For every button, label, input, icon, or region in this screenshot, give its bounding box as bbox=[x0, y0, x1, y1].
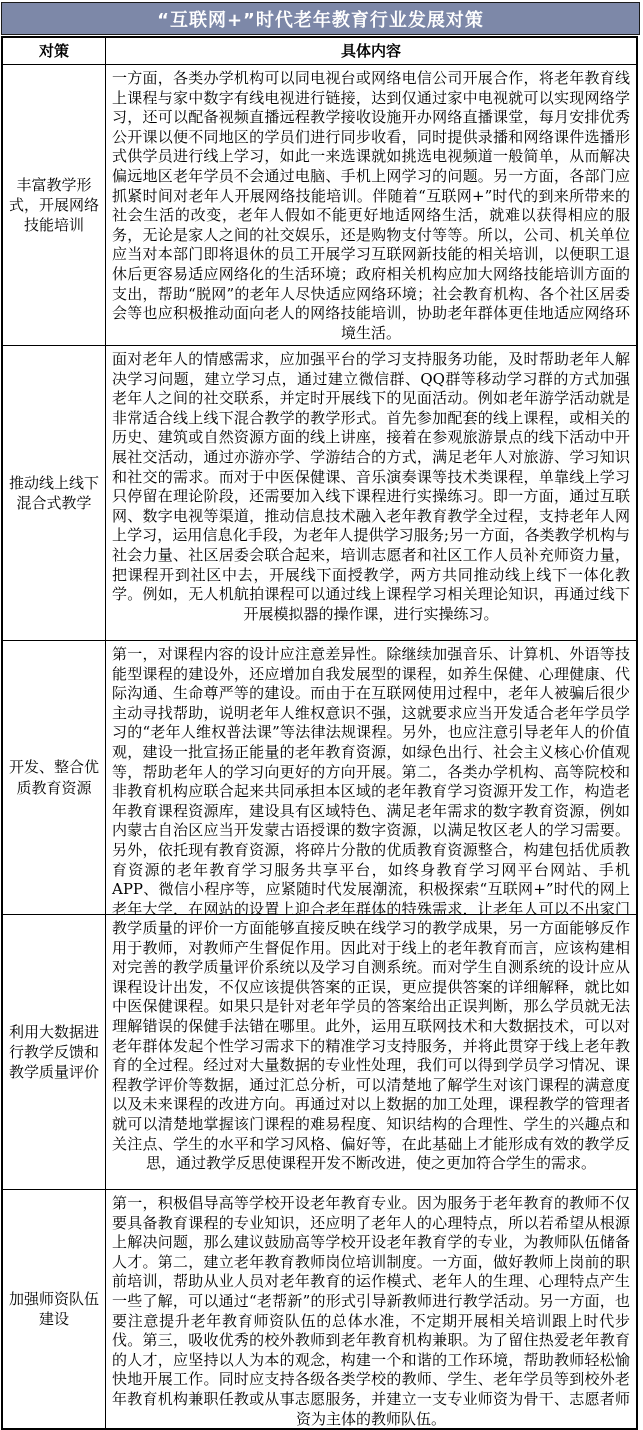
strategy-table: 对策 具体内容 丰富教学形式，开展网络技能培训 一方面，各类办学机构可以同电视台… bbox=[1, 36, 638, 1430]
content-cell: 第一，积极倡导高等学校开设老年教育专业。因为服务于老年教育的教师不仅要具备教育课… bbox=[106, 1190, 636, 1428]
table-row: 开发、整合优质教育资源 第一，对课程内容的设计应注意差异性。除继续加强音乐、计算… bbox=[3, 640, 636, 914]
column-header-strategy: 对策 bbox=[3, 38, 106, 64]
table-row: 利用大数据进行教学反馈和教学质量评价 教学质量的评价一方面能够直接反映在线学习的… bbox=[3, 914, 636, 1189]
content-cell: 面对老年人的情感需求，应加强平台的学习支持服务功能，及时帮助老年人解决学习问题，… bbox=[106, 346, 636, 640]
table-row: 推动线上线下混合式教学 面对老年人的情感需求，应加强平台的学习支持服务功能，及时… bbox=[3, 345, 636, 640]
strategy-cell: 开发、整合优质教育资源 bbox=[3, 641, 106, 914]
content-cell: 一方面，各类办学机构可以同电视台或网络电信公司开展合作，将老年教育线上课程与家中… bbox=[106, 65, 636, 345]
column-header-content: 具体内容 bbox=[106, 38, 636, 64]
table-title: “互联网+”时代老年教育行业发展对策 bbox=[1, 2, 640, 35]
table-row: 丰富教学形式，开展网络技能培训 一方面，各类办学机构可以同电视台或网络电信公司开… bbox=[3, 64, 636, 345]
content-cell: 第一，对课程内容的设计应注意差异性。除继续加强音乐、计算机、外语等技能型课程的建… bbox=[106, 641, 636, 914]
strategy-cell: 推动线上线下混合式教学 bbox=[3, 346, 106, 640]
table-row: 加强师资队伍建设 第一，积极倡导高等学校开设老年教育专业。因为服务于老年教育的教… bbox=[3, 1189, 636, 1428]
content-cell: 教学质量的评价一方面能够直接反映在线学习的教学成果，另一方面能够反作用于教师，对… bbox=[106, 915, 636, 1189]
strategy-cell: 丰富教学形式，开展网络技能培训 bbox=[3, 65, 106, 345]
table-header-row: 对策 具体内容 bbox=[3, 38, 636, 64]
strategy-cell: 利用大数据进行教学反馈和教学质量评价 bbox=[3, 915, 106, 1189]
strategy-cell: 加强师资队伍建设 bbox=[3, 1190, 106, 1428]
